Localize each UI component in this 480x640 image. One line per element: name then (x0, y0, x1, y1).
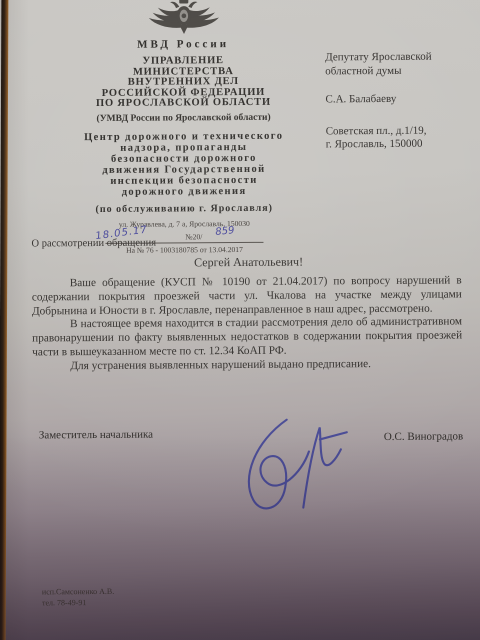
division-note: (по обслуживанию г. Ярославля) (33, 202, 335, 215)
executor-phone: тел. 78-49-91 (42, 597, 114, 608)
signer-name: О.С. Виноградов (384, 430, 463, 443)
document-page: МВД России УПРАВЛЕНИЕ МИНИСТЕРСТВА ВНУТР… (0, 0, 480, 640)
body-paragraph-1: Ваше обращение (КУСП № 10190 от 21.04.20… (32, 274, 462, 318)
letter-body: Ваше обращение (КУСП № 10190 от 21.04.20… (32, 274, 463, 374)
signer-position: Заместитель начальника (39, 429, 153, 442)
org-name-full: УПРАВЛЕНИЕ МИНИСТЕРСТВА ВНУТРЕННИХ ДЕЛ Р… (32, 55, 334, 110)
letterhead: МВД России УПРАВЛЕНИЕ МИНИСТЕРСТВА ВНУТР… (32, 37, 335, 255)
mvd-eagle-emblem-icon (145, 0, 223, 47)
addressee-block: Депутату Ярославской областной думы С.А.… (325, 50, 471, 152)
division-name: Центр дорожного и технического надзора, … (33, 130, 335, 198)
handwritten-signature (223, 411, 354, 532)
subject-line: О рассмотрении обращения (31, 238, 156, 250)
org-name-abbrev: (УМВД России по Ярославской области) (33, 112, 335, 124)
body-paragraph-3: Для устранения выявленных нарушений выда… (32, 357, 462, 374)
addressee-address-line2: г. Ярославль, 150000 (326, 137, 471, 152)
executor-block: исп.Самсоненко А.В. тел. 78-49-91 (42, 587, 114, 609)
addressee-title-line1: Депутату Ярославской (325, 50, 470, 65)
addressee-address-line1: Советская пл., д.1/19, (326, 124, 471, 139)
addressee-title-line2: областной думы (325, 64, 470, 79)
outgoing-number-prefix: №20/ (185, 232, 202, 241)
handwritten-number: 859 (215, 225, 235, 238)
executor-name: исп.Самсоненко А.В. (42, 587, 114, 598)
body-paragraph-2: В настоящее время находится в стадии рас… (32, 316, 462, 360)
addressee-name: С.А. Балабаеву (325, 92, 470, 107)
photographed-letter: МВД России УПРАВЛЕНИЕ МИНИСТЕРСТВА ВНУТР… (0, 0, 480, 640)
greeting-line: Сергей Анатольевич! (0, 253, 480, 271)
